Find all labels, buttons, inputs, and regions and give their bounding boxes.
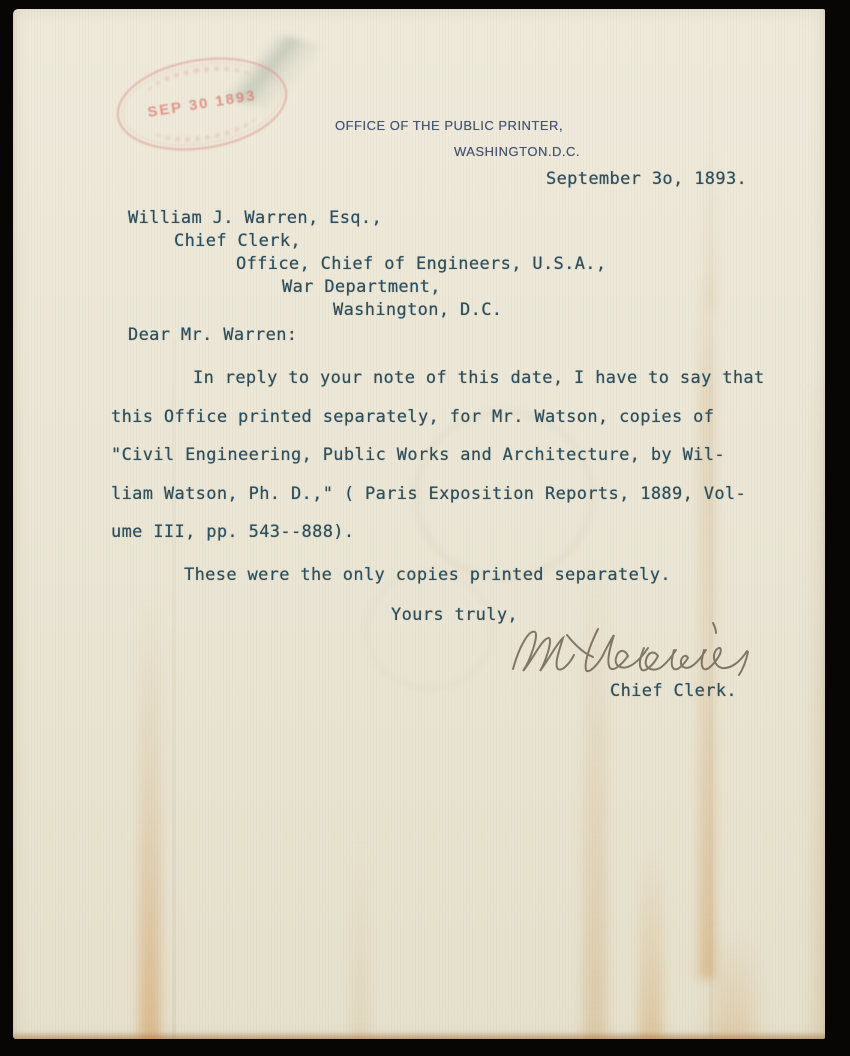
signature-ink-strokes — [505, 617, 757, 683]
stain-right-edge — [811, 389, 825, 1039]
stain-right-bottom — [639, 849, 663, 1039]
body-line: liam Watson, Ph. D.," ( Paris Exposition… — [111, 484, 746, 504]
letterhead-office: OFFICE OF THE PUBLIC PRINTER, — [335, 118, 563, 133]
handwritten-signature — [505, 617, 757, 683]
fold-crease-left — [173, 339, 175, 1039]
stain-right-wide — [711, 929, 755, 1039]
stain-left — [139, 599, 161, 1039]
recipient-title: Chief Clerk, — [174, 231, 301, 251]
body-line: this Office printed separately, for Mr. … — [111, 407, 714, 427]
recipient-city: Washington, D.C. — [333, 300, 502, 320]
recipient-name: William J. Warren, Esq., — [128, 208, 382, 228]
embossed-watermark — [363, 569, 495, 691]
closing: Yours truly, — [391, 605, 518, 625]
signer-title: Chief Clerk. — [610, 681, 737, 701]
recipient-office: Office, Chief of Engineers, U.S.A., — [236, 254, 606, 274]
stain-middle-left — [351, 839, 369, 1039]
body-line: ume III, pp. 543--888). — [111, 522, 354, 542]
scan-background: { "colors": { "scan_background": "#07060… — [0, 0, 850, 1056]
letter-date: September 3o, 1893. — [546, 169, 747, 189]
letterhead-city: WASHINGTON.D.C. — [454, 144, 580, 159]
received-date-stamp: SEP 30 1893 — [110, 46, 294, 162]
body-paragraph-2: These were the only copies printed separ… — [184, 565, 671, 585]
recipient-department: War Department, — [282, 277, 441, 297]
body-line: "Civil Engineering, Public Works and Arc… — [111, 445, 725, 465]
salutation: Dear Mr. Warren: — [128, 325, 297, 345]
fold-stain-right-upper — [705, 139, 715, 309]
letter-paper: SEP 30 1893 OFFICE OF THE PUBLIC PRINTER… — [13, 9, 825, 1039]
fold-crease-right — [710, 69, 712, 1039]
body-line: In reply to your note of this date, I ha… — [193, 368, 765, 388]
